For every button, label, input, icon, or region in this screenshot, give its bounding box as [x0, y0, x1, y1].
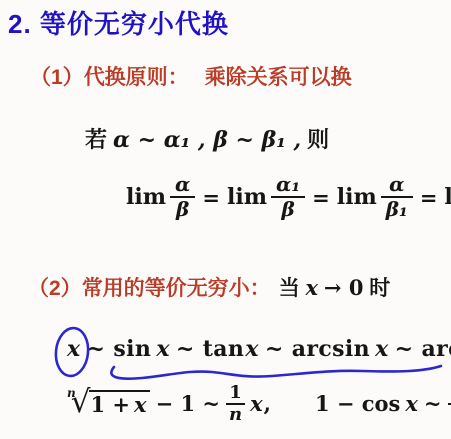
condition-var: x	[306, 275, 319, 300]
numerator: 1	[226, 383, 245, 403]
fraction: α β₁	[381, 173, 413, 221]
common-infinitesimals-row: n √ 1 +x − 1 ~ 1 n x, 1 − cos x ~ 1 2	[67, 383, 451, 425]
condition-prefix: 当	[279, 277, 300, 300]
one-minus-cos-formula: 1 − cos x ~ 1 2 x2	[315, 383, 451, 425]
section1-number: （1）	[30, 66, 84, 89]
premise-prefix: 若	[85, 127, 107, 152]
denominator: β	[171, 198, 194, 221]
condition-text: 当 x → 0 时	[279, 277, 391, 300]
fraction-one-over-n: 1 n	[226, 383, 245, 425]
section1-label: 代换原则：	[84, 66, 189, 89]
nth-root-formula: n √ 1 +x − 1 ~ 1 n x,	[67, 383, 271, 425]
denominator: β₁	[381, 198, 413, 221]
section1-highlight: 乘除关系可以换	[205, 66, 352, 89]
fn-arctan: arctan	[421, 336, 451, 362]
fraction-one-half: 1 2	[448, 383, 451, 425]
chain-circled-x: x	[67, 336, 81, 362]
radicand: 1 +x	[89, 390, 150, 417]
tail-var: x	[250, 391, 263, 416]
denominator: β	[276, 198, 299, 221]
condition-suffix: 时	[369, 277, 390, 300]
tilde-op: ~	[176, 336, 195, 362]
limit-term-1: lim α β	[126, 173, 195, 221]
section2-number: （2）	[28, 277, 82, 300]
nth-root: n √ 1 +x	[67, 388, 150, 419]
section2-heading: （2）常用的等价无穷小：当 x → 0 时	[28, 272, 390, 302]
premise-suffix: 则	[307, 127, 329, 152]
lim-operator: lim	[337, 184, 377, 210]
cos-lead: 1 − cos	[315, 391, 400, 416]
limit-equation: lim α β = lim α₁ β = lim α β₁ =	[126, 173, 451, 221]
equals-sign: =	[312, 185, 330, 210]
radicand-lead: 1 +	[91, 392, 131, 417]
equals-sign: =	[420, 185, 438, 210]
numerator: α₁	[271, 173, 305, 196]
denominator: n	[226, 405, 245, 425]
lim-operator: lim	[444, 184, 451, 210]
var-x: x	[156, 336, 170, 362]
fraction: α₁ β	[271, 173, 305, 221]
tilde-op: ~	[424, 391, 442, 416]
premise-line: 若α ~ α₁ , β ~ β₁ ,则	[85, 123, 329, 154]
fn-tan: tan	[203, 336, 245, 362]
radical-sign-icon: √	[71, 387, 91, 418]
denominator: 2	[448, 405, 451, 425]
fraction: α β	[170, 173, 195, 221]
numerator: α	[384, 173, 409, 196]
limit-term-2: lim α₁ β	[227, 173, 305, 221]
fn-arcsin: arcsin	[292, 336, 370, 362]
limit-term-3: lim α β₁	[337, 173, 413, 221]
var-x: x	[245, 336, 259, 362]
tilde-op: ~	[395, 336, 414, 362]
numerator: 1	[448, 383, 451, 403]
minus-one-sim: − 1 ~	[156, 391, 220, 416]
section1-heading: （1）代换原则：乘除关系可以换	[30, 61, 352, 91]
equivalence-chain: x~sinx~tanx~arcsinx~arctanx	[62, 336, 451, 364]
cos-var: x	[405, 391, 418, 416]
premise-math: α ~ α₁ , β ~ β₁ ,	[113, 127, 301, 153]
tilde-op: ~	[265, 336, 284, 362]
section2-label: 常用的等价无穷小：	[82, 277, 271, 300]
fn-sin: sin	[113, 336, 151, 362]
lim-operator: lim	[126, 184, 166, 210]
numerator: α	[170, 173, 195, 196]
limit-term-4: lim α₁ β₁	[444, 173, 451, 221]
condition-arrow-zero: → 0	[324, 275, 364, 300]
lecture-slide: 2. 等价无穷小代换 （1）代换原则：乘除关系可以换 若α ~ α₁ , β ~…	[0, 0, 451, 439]
comma: ,	[264, 391, 271, 416]
tilde-op: ~	[87, 336, 106, 362]
wavy-underline-icon	[111, 366, 441, 379]
lim-operator: lim	[227, 184, 267, 210]
page-title: 2. 等价无穷小代换	[8, 4, 229, 41]
var-x: x	[375, 336, 389, 362]
radicand-var: x	[134, 392, 147, 417]
equals-sign: =	[202, 185, 220, 210]
